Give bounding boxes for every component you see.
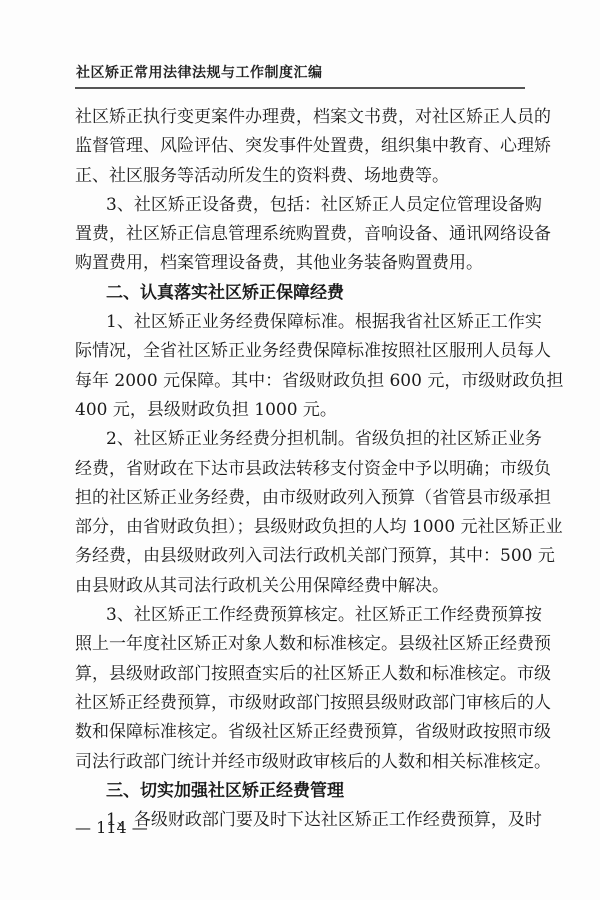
text-line: 3、社区矫正工作经费预算核定。社区矫正工作经费预算按: [75, 601, 525, 630]
text-line: 置费，社区矫正信息管理系统购置费，音响设备、通讯网络设备: [75, 220, 525, 249]
body-text: 社区矫正执行变更案件办理费，档案文书费，对社区矫正人员的 监督管理、风险评估、突…: [75, 103, 525, 835]
text-line: 数和保障标准核定。省级社区矫正经费预算，省级财政按照市级: [75, 718, 525, 747]
header-rule: [75, 87, 525, 89]
text-line: 部分，由省财政负担）；县级财政负担的人均 1000 元社区矫正业: [75, 513, 525, 542]
text-line: 照上一年度社区矫正对象人数和标准核定。县级社区矫正经费预: [75, 630, 525, 659]
section-heading: 二、认真落实社区矫正保障经费: [75, 279, 525, 308]
section-heading: 三、切实加强社区矫正经费管理: [75, 777, 525, 806]
text-line: 际情况，全省社区矫正业务经费保障标准按照社区服刑人员每人: [75, 337, 525, 366]
text-line: 社区矫正执行变更案件办理费，档案文书费，对社区矫正人员的: [75, 103, 525, 132]
text-line: 担的社区矫正业务经费，由市级财政列入预算（省管县市级承担: [75, 484, 525, 513]
text-line: 购置费用，档案管理设备费，其他业务装备购置费用。: [75, 249, 525, 278]
text-line: 1、社区矫正业务经费保障标准。根据我省社区矫正工作实: [75, 308, 525, 337]
text-line: 400 元，县级财政负担 1000 元。: [75, 396, 525, 425]
text-line: 正、社区服务等活动所发生的资料费、场地费等。: [75, 162, 525, 191]
text-line: 司法行政部门统计并经市级财政审核后的人数和相关标准核定。: [75, 748, 525, 777]
text-line: 监督管理、风险评估、突发事件处置费，组织集中教育、心理矫: [75, 132, 525, 161]
text-line: 3、社区矫正设备费，包括：社区矫正人员定位管理设备购: [75, 191, 525, 220]
text-line: 由县财政从其司法行政机关公用保障经费中解决。: [75, 572, 525, 601]
text-line: 务经费，由县级财政列入司法行政机关部门预算，其中：500 元: [75, 542, 525, 571]
text-line: 经费，省财政在下达市县政法转移支付资金中予以明确；市级负: [75, 455, 525, 484]
text-line: 社区矫正经费预算，市级财政部门按照县级财政部门审核后的人: [75, 689, 525, 718]
running-head: 社区矫正常用法律法规与工作制度汇编: [76, 62, 323, 82]
page-number: — 114 —: [75, 818, 148, 837]
text-line: 2、社区矫正业务经费分担机制。省级负担的社区矫正业务: [75, 425, 525, 454]
text-line: 每年 2000 元保障。其中：省级财政负担 600 元，市级财政负担: [75, 367, 525, 396]
text-line: 算，县级财政部门按照查实后的社区矫正人数和标准核定。市级: [75, 660, 525, 689]
document-page: 社区矫正常用法律法规与工作制度汇编 社区矫正执行变更案件办理费，档案文书费，对社…: [0, 0, 600, 900]
